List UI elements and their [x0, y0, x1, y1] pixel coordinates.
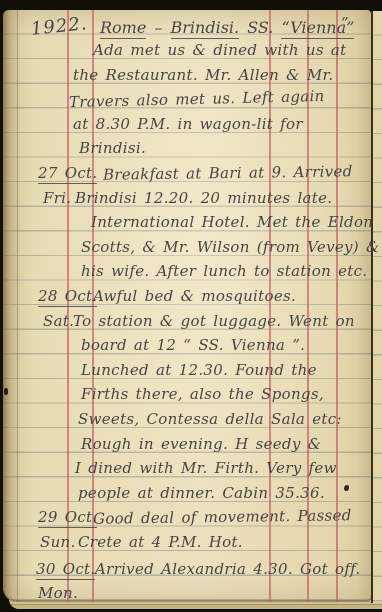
- entry-day-label: Sun.: [40, 533, 76, 551]
- entry-date-label: 30 Oct.: [36, 560, 95, 580]
- ink-blot: [344, 485, 349, 491]
- diary-line: Rough in evening. H seedy &: [81, 435, 321, 454]
- edge-mark: [4, 388, 8, 395]
- diary-line: Travers also met us. Left again: [69, 87, 325, 112]
- diary-line: Brindisi.: [79, 139, 146, 158]
- photo-background: 1922. Rome – Brindisi. SS. “Vienna” ” Ad…: [0, 0, 382, 612]
- ship-prefix: SS.: [247, 18, 273, 37]
- diary-line: Sweets, Contessa della Sala etc:: [78, 410, 342, 429]
- entry-date-label: 28 Oct.: [38, 287, 97, 307]
- diary-page: 1922. Rome – Brindisi. SS. “Vienna” ” Ad…: [3, 10, 371, 602]
- diary-line: Scotts, & Mr. Wilson (from Vevey) &: [81, 238, 380, 257]
- entry-day-label: Mon.: [38, 584, 78, 602]
- entry-day-label: Sat.: [43, 312, 74, 330]
- diary-line: his wife. After lunch to station etc.: [81, 262, 367, 281]
- page-header: 1922. Rome – Brindisi. SS. “Vienna” ”: [3, 14, 371, 40]
- diary-line: To station & got luggage. Went on: [73, 312, 355, 331]
- diary-line: Awful bed & mosquitoes.: [93, 287, 296, 306]
- diary-line: Good deal of movement. Passed: [93, 506, 352, 529]
- diary-line: Firths there, also the Spongs,: [81, 385, 324, 404]
- diary-line: International Hotel. Met the Eldon: [91, 213, 373, 232]
- route-from: Rome: [100, 18, 146, 39]
- diary-line: Brindisi 12.20. 20 minutes late.: [75, 189, 332, 208]
- entry-date-label: 29 Oct.: [38, 508, 97, 528]
- diary-line: Ada met us & dined with us at: [93, 41, 347, 60]
- stray-quote-mark: ”: [341, 14, 349, 32]
- route-title: Rome – Brindisi. SS. “Vienna”: [100, 18, 354, 38]
- diary-line: Breakfast at Bari at 9. Arrived: [103, 162, 353, 184]
- diary-line: at 8.30 P.M. in wagon-lit for: [73, 115, 303, 134]
- diary-line: I dined with Mr. Firth. Very few: [75, 459, 337, 478]
- diary-line: Arrived Alexandria 4.30. Got off.: [95, 560, 361, 579]
- route-dash: –: [154, 18, 162, 37]
- page-edge-next: [371, 11, 382, 603]
- diary-line: the Restaurant. Mr. Allen & Mr.: [73, 66, 333, 85]
- diary-line: Crete at 4 P.M. Hot.: [78, 533, 243, 552]
- binding-crease: [17, 10, 18, 602]
- year-label: 1922.: [30, 13, 89, 41]
- entry-day-label: Fri.: [43, 189, 71, 207]
- diary-line: Lunched at 12.30. Found the: [81, 361, 317, 380]
- diary-line: board at 12 “ SS. Vienna ”.: [81, 336, 305, 355]
- route-to: Brindisi.: [171, 18, 240, 39]
- entry-date-label: 27 Oct.: [38, 164, 97, 184]
- diary-line: people at dinner. Cabin 35.36.: [78, 484, 325, 503]
